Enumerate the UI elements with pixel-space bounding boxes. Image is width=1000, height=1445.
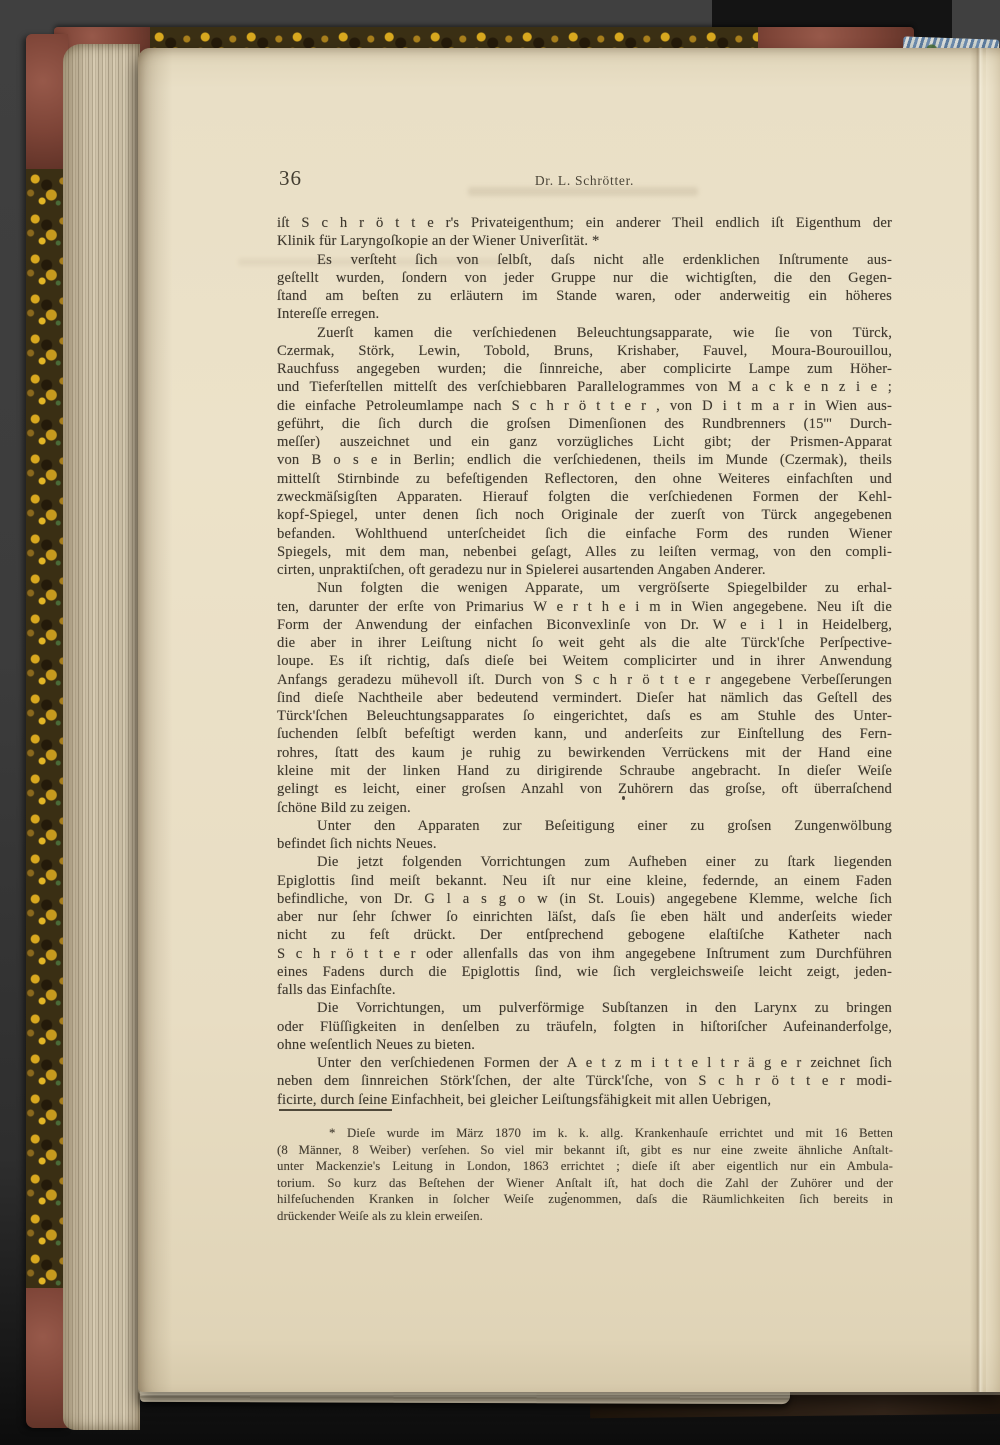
- text-line: geſtellt wurden, ſondern von jeder Grupp…: [277, 269, 892, 287]
- text-line: ſind dieſe Nachtheile aber bedeutend ver…: [277, 689, 892, 707]
- ink-speck: [622, 796, 625, 800]
- leather-corner: [26, 1288, 68, 1428]
- running-header: Dr. L. Schrötter.: [277, 173, 892, 189]
- text-line: ſuchenden ſelbſt befeſtigt werden kann, …: [277, 725, 892, 743]
- footnote-line: * Dieſe wurde im März 1870 im k. k. allg…: [277, 1125, 893, 1142]
- book-scan-scene: 36 Dr. L. Schrötter. iſt S c h r ö t t e…: [0, 0, 1000, 1445]
- footnote-separator: [279, 1109, 392, 1111]
- text-line: iſt S c h r ö t t e r's Privateigenthum;…: [277, 214, 892, 232]
- text-line: Intereſſe erregen.: [277, 305, 892, 323]
- text-line: Klinik für Laryngoſkopie an der Wiener U…: [277, 232, 892, 250]
- page-right-margin-shade: [986, 48, 1000, 1392]
- marbled-paper: [26, 169, 68, 1288]
- text-line: falls das Einfachſte.: [277, 981, 892, 999]
- text-line: befanden. Wohlthuend unterſcheidet ſich …: [277, 525, 892, 543]
- book-cover-left-edge: [26, 34, 68, 1428]
- book-page: 36 Dr. L. Schrötter. iſt S c h r ö t t e…: [138, 48, 1000, 1392]
- text-line: Unter den verſchiedenen Formen der A e t…: [277, 1054, 892, 1072]
- footnote-text: * Dieſe wurde im März 1870 im k. k. allg…: [277, 1125, 893, 1225]
- text-line: Form der Anwendung der einfachen Biconve…: [277, 616, 892, 634]
- ink-speck: [651, 256, 653, 258]
- text-line: befindliche, von Dr. G l a s g o w (in S…: [277, 890, 892, 908]
- text-line: die aber in ihrer Leiſtung nicht ſo weit…: [277, 634, 892, 652]
- text-line: Nun folgten die wenigen Apparate, um ver…: [277, 579, 892, 597]
- text-line: Unter den Apparaten zur Beſeitigung eine…: [277, 817, 892, 835]
- text-line: Spiegels, mit dem man, nebenbei geſagt, …: [277, 543, 892, 561]
- text-line: und Tieferſtellen mittelſt des verſchieb…: [277, 378, 892, 396]
- footnote-line: drückender Weiſe als zu klein erweiſen.: [277, 1208, 893, 1225]
- text-line: rohres, ſtatt des kaum je ruhig zu bewir…: [277, 744, 892, 762]
- text-line: loupe. Es iſt richtig, daſs dieſe bei We…: [277, 652, 892, 670]
- text-line: Epiglottis ſind meiſt bekannt. Neu iſt n…: [277, 872, 892, 890]
- text-line: aber nur ſehr ſchwer ſo einrichten läſst…: [277, 908, 892, 926]
- text-line: ten, darunter der erſte von Primarius W …: [277, 598, 892, 616]
- text-line: ſchöne Bild zu zeigen.: [277, 799, 892, 817]
- text-line: kopf-Spiegel, unter denen ſich noch Orig…: [277, 506, 892, 524]
- text-line: zweckmäſsigſten Apparaten. Hierauf folgt…: [277, 488, 892, 506]
- body-text: iſt S c h r ö t t e r's Privateigenthum;…: [277, 214, 892, 1109]
- text-line: kleine mit der linken Hand zu dirigirend…: [277, 762, 892, 780]
- text-line: ohne weſentlich Neues zu bieten.: [277, 1036, 892, 1054]
- page-fold-crease: [970, 48, 986, 1392]
- text-line: mittelſt Stirnbinde zu befeſtigenden Ref…: [277, 470, 892, 488]
- text-line: Die Vorrichtungen, um pulverförmige Subſ…: [277, 999, 892, 1017]
- text-line: ſtand am beſten zu erläutern im Stande w…: [277, 287, 892, 305]
- footnote-line: torium. So kurz das Beſtehen der Wiener …: [277, 1175, 893, 1192]
- text-line: Rauchfuss angegeben wurden; die ſinnreic…: [277, 360, 892, 378]
- text-line: befindet ſich nichts Neues.: [277, 835, 892, 853]
- text-line: oder Flüſſigkeiten in denſelben zu träuf…: [277, 1018, 892, 1036]
- text-line: geführt, die ſich durch die groſsen Dime…: [277, 415, 892, 433]
- text-line: cirten, unpraktiſchen, oft geradezu nur …: [277, 561, 892, 579]
- ink-speck: [565, 1192, 567, 1194]
- text-line: Zuerſt kamen die verſchiedenen Beleuchtu…: [277, 324, 892, 342]
- text-line: Es verſteht ſich von ſelbſt, daſs nicht …: [277, 251, 892, 269]
- text-line: eines Fadens durch die Epiglottis ſind, …: [277, 963, 892, 981]
- text-line: die einfache Petroleumlampe nach S c h r…: [277, 397, 892, 415]
- footnote-line: unter Mackenzie's Leitung in London, 186…: [277, 1158, 893, 1175]
- text-line: von B o s e in Berlin; endlich die verſc…: [277, 451, 892, 469]
- text-line: Czermak, Störk, Lewin, Tobold, Bruns, Kr…: [277, 342, 892, 360]
- footnote-line: (8 Männer, 8 Weiber) verſehen. So viel m…: [277, 1142, 893, 1159]
- page-stack-fore-edge: [63, 44, 140, 1430]
- text-line: neben dem ſinnreichen Störk'ſchen, der a…: [277, 1072, 892, 1090]
- text-line: meſſer) auszeichnet und ein ganz vorzügl…: [277, 433, 892, 451]
- text-line: Die jetzt folgenden Vorrichtungen zum Au…: [277, 853, 892, 871]
- text-line: S c h r ö t t e r oder allenfalls das vo…: [277, 945, 892, 963]
- leather-corner: [26, 34, 68, 169]
- text-line: Türck'ſchen Beleuchtungsapparates ſo ein…: [277, 707, 892, 725]
- page-header: 36 Dr. L. Schrötter.: [277, 166, 892, 194]
- text-line: nicht zu feſt drückt. Der entſprechend g…: [277, 926, 892, 944]
- text-line: gelingt es leicht, einer groſsen Anzahl …: [277, 780, 892, 798]
- footnote-line: hilfeſuchenden Kranken in ſolcher Weiſe …: [277, 1191, 893, 1208]
- text-line: ficirte, durch ſeine Einfachheit, bei gl…: [277, 1091, 892, 1109]
- text-line: Anfangs geradezu mühevoll iſt. Durch von…: [277, 671, 892, 689]
